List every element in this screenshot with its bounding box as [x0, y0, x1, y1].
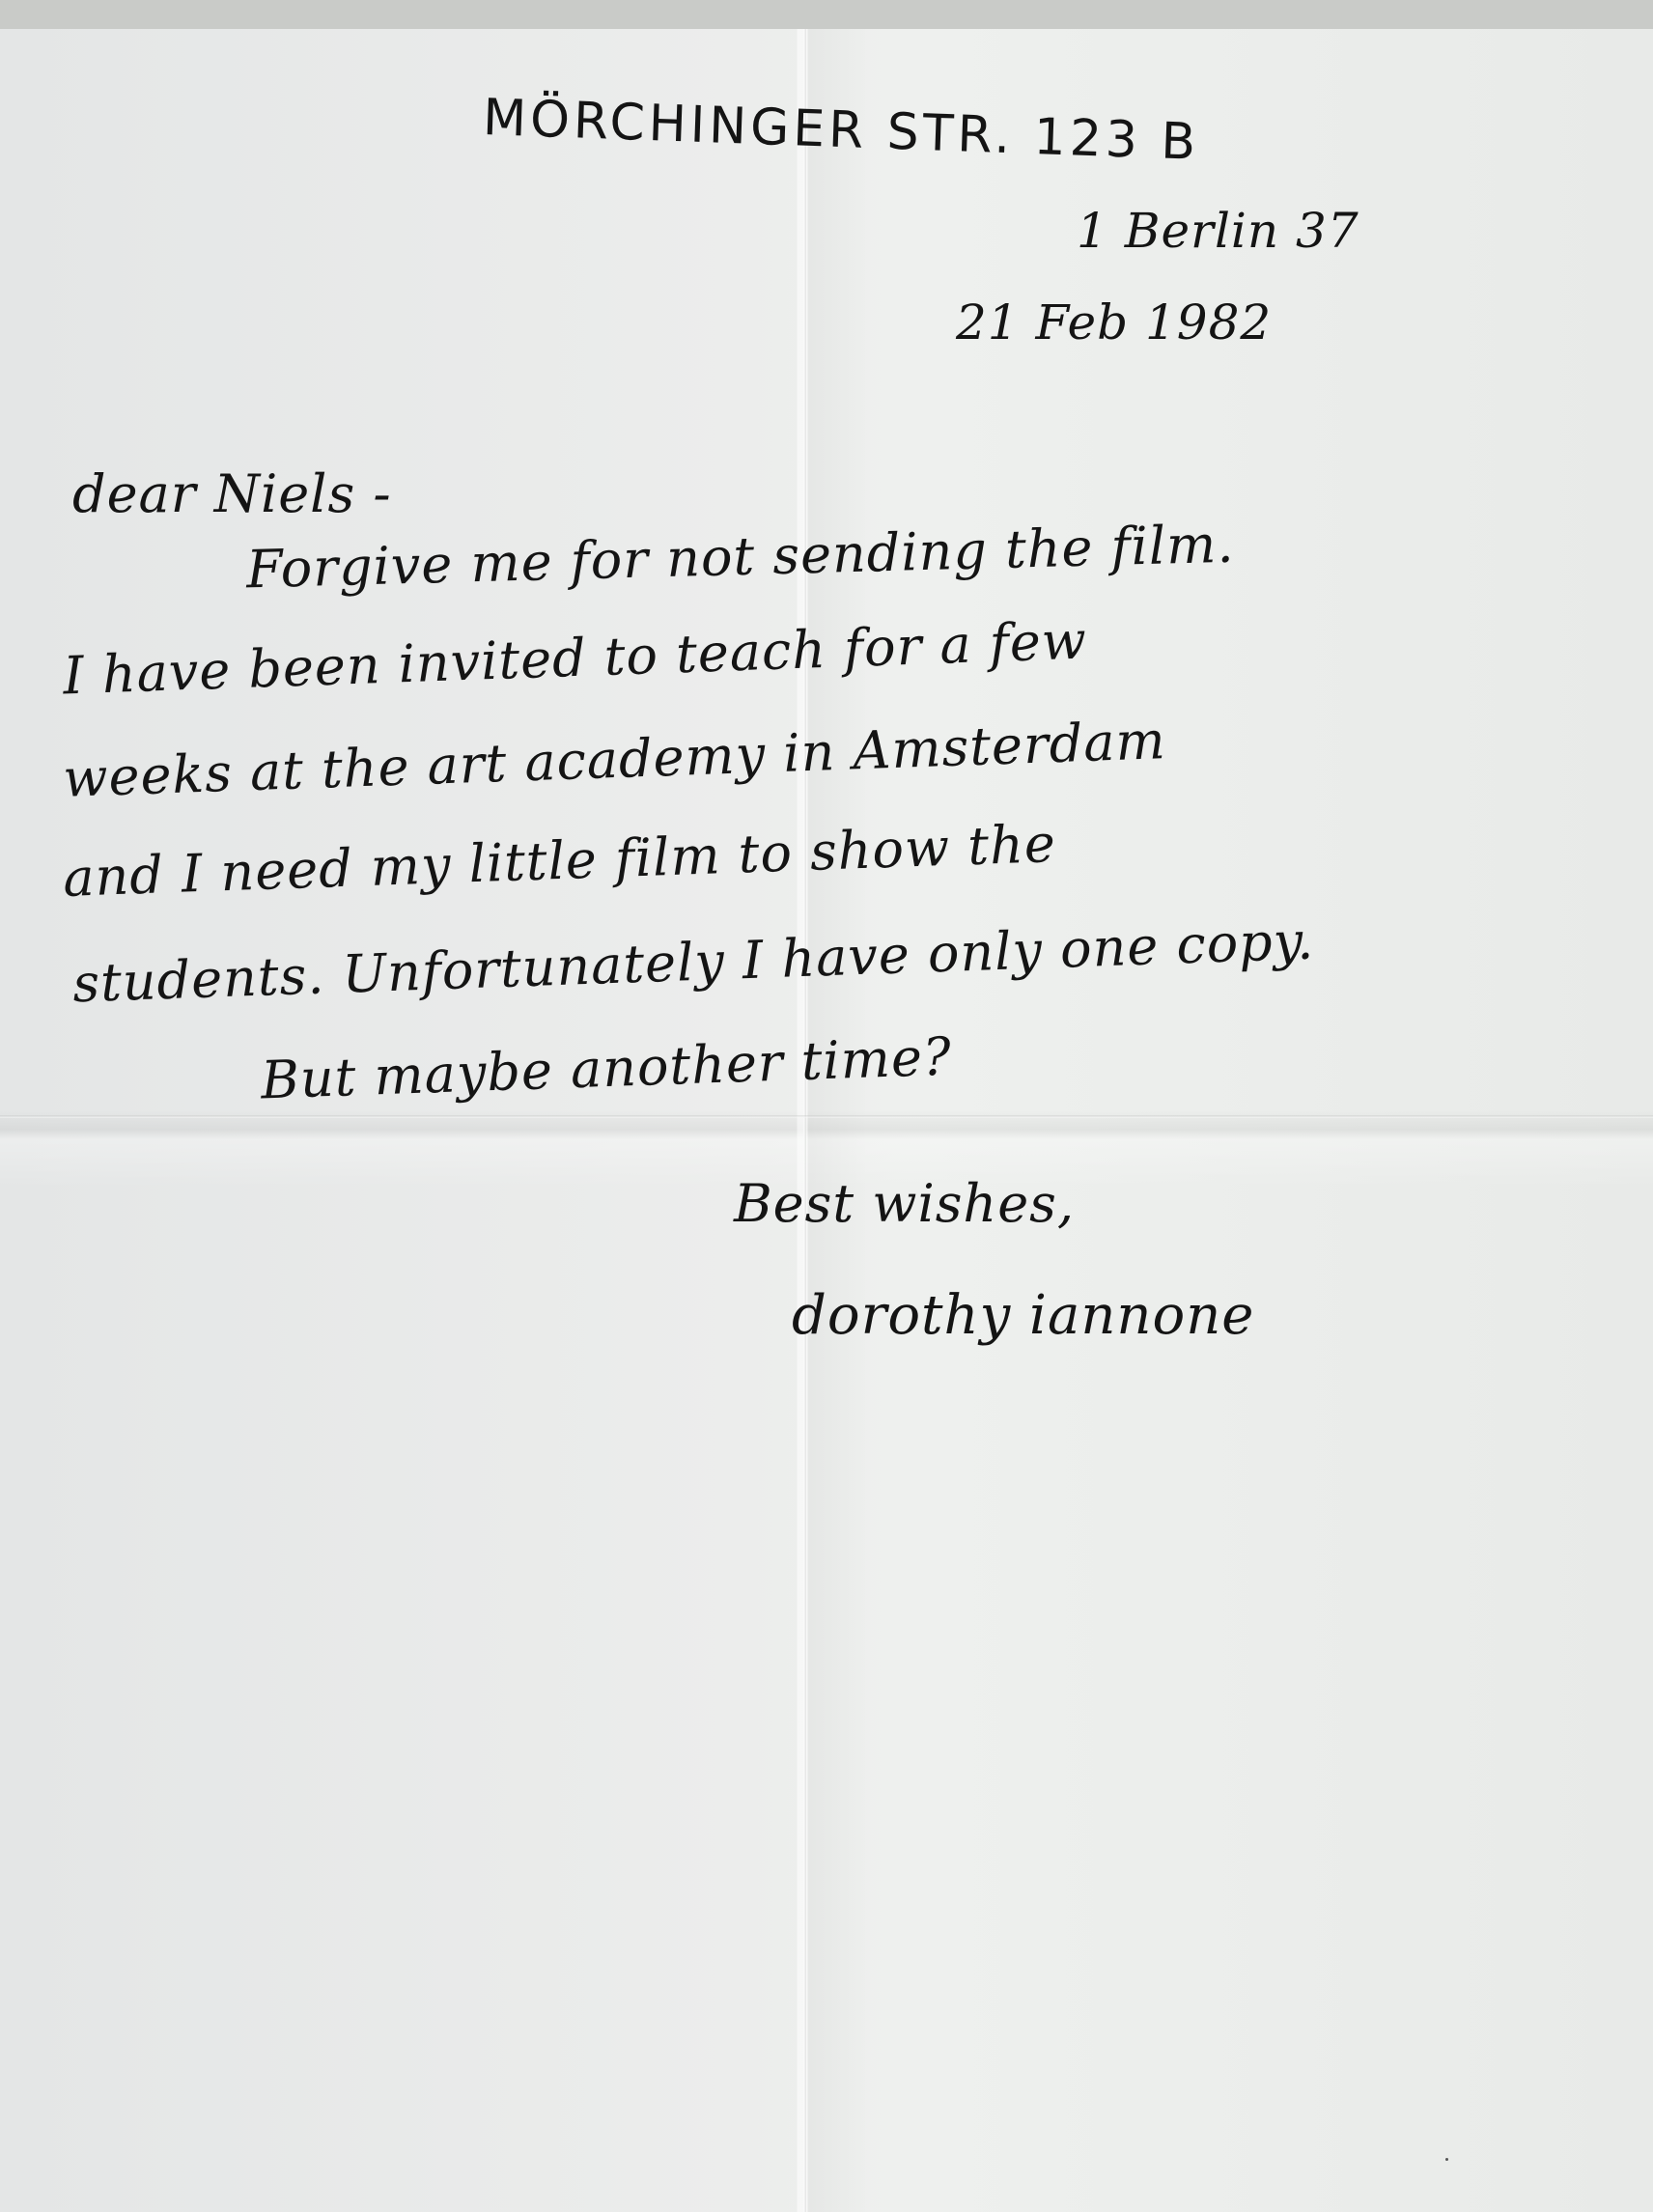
paper-speck: [1445, 2158, 1448, 2161]
closing: Best wishes,: [734, 1173, 1075, 1234]
horizontal-fold-crease: [0, 1115, 1653, 1118]
address-line-2: 1 Berlin 37: [1077, 203, 1359, 259]
salutation: dear Niels -: [72, 463, 392, 524]
letter-paper: [0, 29, 1653, 2212]
letter-date: 21 Feb 1982: [956, 294, 1272, 350]
vertical-fold-crease: [803, 29, 806, 2212]
signature: dorothy iannone: [792, 1284, 1254, 1347]
